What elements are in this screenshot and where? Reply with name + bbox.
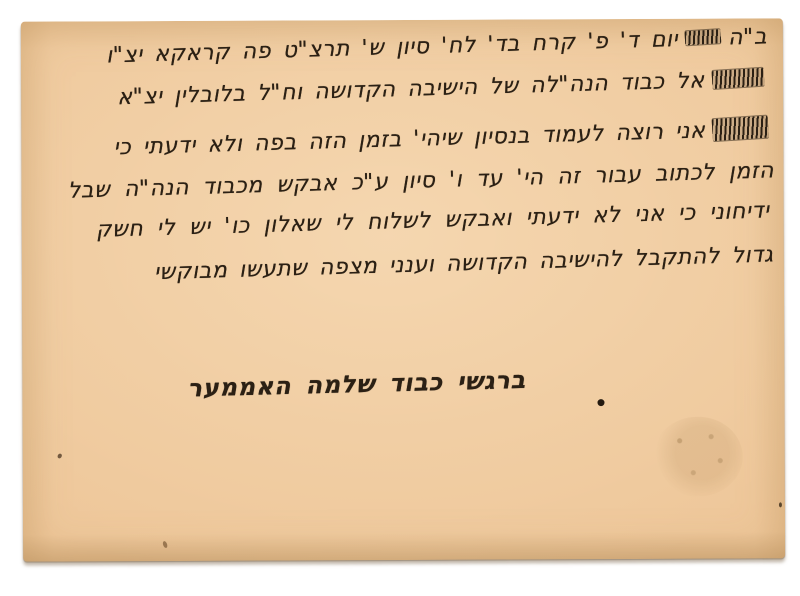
scan-background: ב"היום ד' פ' קרח בד' לח' סיון ש' תרצ"ט פ…: [0, 0, 800, 596]
letter-line-2-text: אל כבוד הנה"לה של הישיבה הקדושה וח"ל בלו…: [117, 68, 705, 110]
letter-line-3-text: אני רוצה לעמוד בנסיון שיהי' בזמן הזה בפה…: [113, 118, 706, 160]
crossed-out-word-icon: [712, 68, 765, 89]
paper-speck: [162, 541, 168, 549]
paper-speck: [57, 453, 63, 459]
crossed-out-word-icon: [684, 29, 721, 45]
signature-line: ברגשי כבוד שלמה האממער: [187, 366, 526, 403]
postcard: ב"היום ד' פ' קרח בד' לח' סיון ש' תרצ"ט פ…: [21, 18, 785, 561]
letter-line-5-text: ידיחוני כי אני לא ידעתי ואבקש לשלוח לי ש…: [96, 198, 770, 242]
letter-heading-bh: ב"ה: [728, 24, 768, 50]
signature-text: ברגשי כבוד שלמה האממער: [187, 366, 526, 403]
ink-dot: [597, 399, 604, 406]
letter-line-4-text: הזמן לכתוב עבור זה הי' עד ו' סיון ע"כ אב…: [67, 158, 774, 203]
letter-line-1: ב"היום ד' פ' קרח בד' לח' סיון ש' תרצ"ט פ…: [106, 24, 768, 68]
letter-line-5: ידיחוני כי אני לא ידעתי ואבקש לשלוח לי ש…: [96, 198, 770, 242]
letter-line-6: גדול להתקבל להישיבה הקדושה וענני מצפה שת…: [154, 242, 774, 285]
letter-line-4: הזמן לכתוב עבור זה הי' עד ו' סיון ע"כ אב…: [67, 158, 774, 203]
letter-line-3: אני רוצה לעמוד בנסיון שיהי' בזמן הזה בפה…: [113, 116, 776, 161]
letter-line-1-text: יום ד' פ' קרח בד' לח' סיון ש' תרצ"ט פה ק…: [106, 27, 679, 68]
paper-stain: [653, 417, 743, 497]
crossed-out-word-icon: [712, 116, 769, 142]
paper-speck: [779, 502, 782, 507]
letter-line-6-text: גדול להתקבל להישיבה הקדושה וענני מצפה שת…: [154, 242, 774, 285]
letter-line-2: אל כבוד הנה"לה של הישיבה הקדושה וח"ל בלו…: [117, 66, 771, 110]
